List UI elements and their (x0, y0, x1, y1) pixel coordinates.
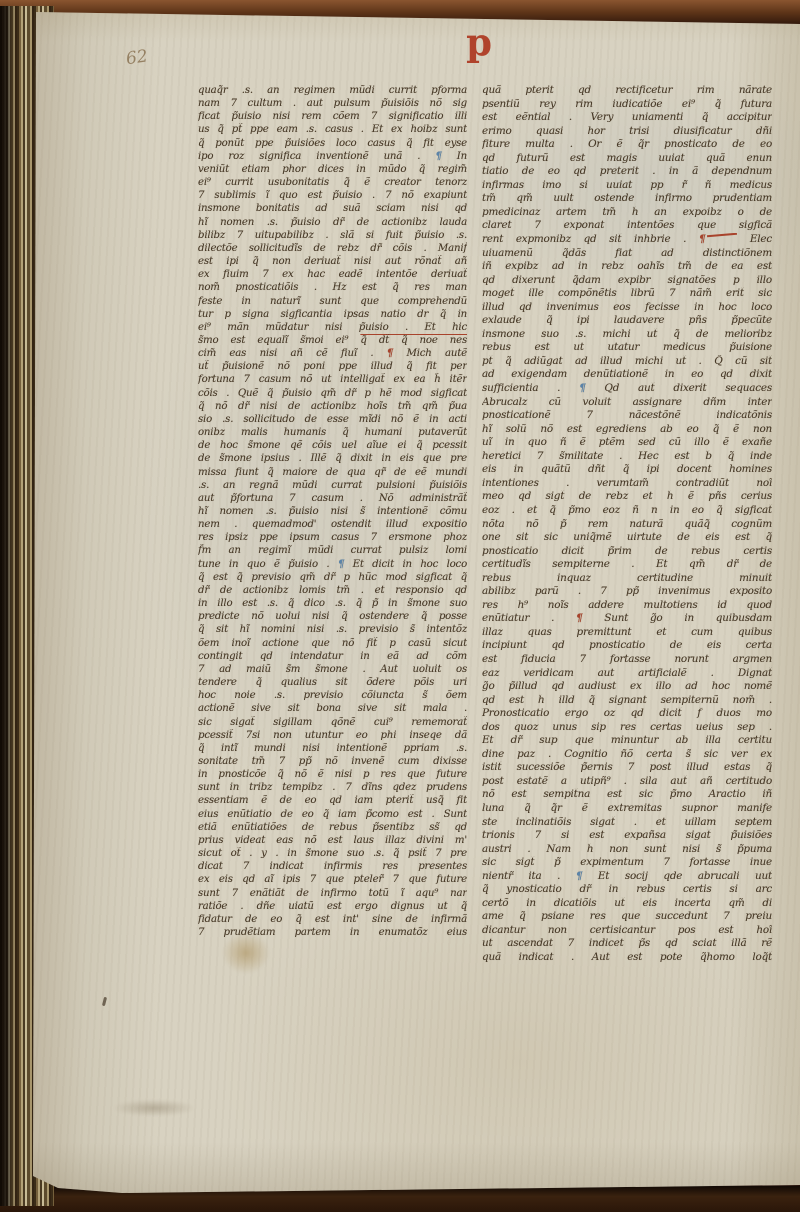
text-segment: quã indicat . Aut est pote q̃homo loq̃t̃ (482, 951, 772, 963)
text-segment: sunt in tribz tempibz . 7 dĩns qdez prud… (198, 782, 467, 793)
text-segment: nõta nõ p̃ rem naturã quãq̃ cognũm (482, 518, 772, 530)
text-segment: hĩ solũ nõ est egrediens ab eo q̃ ẽ non (482, 423, 772, 435)
text-line: abilibz parũ . 7 pp̃ invenimus exposito (482, 585, 772, 599)
text-segment: est eẽntial . Very uniamenti q̃ accipitu… (482, 111, 772, 123)
text-segment: erimo quasi hor trisi diusificatur dñi (482, 125, 772, 137)
text-segment: q̃ dt̃ q̃ noe nes (360, 335, 467, 346)
text-segment: infirmas imo si uuiat pp r̃ ñ medicus (482, 179, 772, 191)
text-segment: ad exigendam denũtiationẽ in eo qd dixit (482, 368, 772, 380)
text-segment: pt̃ q̃ adiũgat ad illud michi ut̃ . Q̃ c… (482, 355, 772, 367)
text-line: istit̃ sucessiõe p̃ernis 7 post illud es… (482, 761, 772, 775)
text-segment: dicat 7 indicat infirmis res presentes (198, 861, 467, 872)
text-line: illud qd invenimus eos fecisse in hoc lo… (482, 301, 772, 315)
text-segment: illaz quas premittunt et cum quibus (482, 626, 772, 638)
text-segment: Mich autẽ (393, 348, 467, 359)
text-segment: .s. an regnã mũdi currat pulsioni p̃uisi… (198, 480, 467, 491)
text-segment: ficat p̃uisio nisi rem cõem 7 significat… (198, 111, 467, 122)
text-line: dilectõe sollicitudĩs de rebz dr̃ cõis .… (198, 242, 467, 255)
text-segment: quã pterit qd rectificetur rim nãrate (482, 84, 772, 96)
text-segment: certitudĩs sempiterne . Et qm̃ dr̃ de (482, 558, 772, 570)
text-segment: tiatio de eo qd preterit . in ã dependnu… (482, 165, 772, 177)
text-line: onibz malis humanis q̃ humani putaverũt (198, 426, 467, 439)
text-line: quã indicat . Aut est pote q̃homo loq̃t̃ (482, 951, 772, 965)
text-segment: rent expmonibz qd sit̃ inhbrie . (482, 233, 699, 245)
text-line: 7 ad maiũ s̃m s̃mone . Aut uoluit os (198, 663, 467, 676)
text-line: fortuna 7 casum nõ ut intelligat̃ ex ea … (198, 373, 467, 386)
text-line: exlaude q̃ ipi laudavere pñs p̃pecũte (482, 314, 772, 328)
text-segment: veniũt etiam phor dices in mũdo q̃ regim… (198, 164, 467, 175)
text-segment: Qd aut̃ dixerit sequaces (586, 382, 772, 394)
text-line: dicantur non certisicantur pos est̃ hoĩ (482, 924, 772, 938)
text-line: q̃ est q̃ previsio qm̃ dr̃ p hũc mod sig… (198, 571, 467, 584)
text-segment: rebus est ut utatur medicus p̃uisione (482, 341, 772, 353)
text-segment: nom̃ pnosticatiõis . Hz est q̃ res man (198, 282, 467, 293)
text-segment: heretici 7 s̃militate . Hec est b̃ q̃ in… (482, 450, 772, 462)
text-line: nõ est sempit̃na est sic p̃mo Aractio iñ (482, 788, 772, 802)
text-line: sunt in tribz tempibz . 7 dĩns qdez prud… (198, 781, 467, 794)
text-segment: in illo est .s. q̃ dico .s. q̃ p̃ in s̃m… (198, 598, 467, 609)
text-line: tur p signa sigficantia ipsas natio dr q… (198, 308, 467, 321)
text-line: sic sigat̃ sigillam qõnẽ cui⁹ rememorat̃ (198, 716, 467, 729)
text-segment: actionẽ sive sit bona sive sit mala . (198, 703, 467, 714)
text-line: missa fiunt q̃ maiore de qua qr̃ de eẽ m… (198, 466, 467, 479)
text-segment: sio .s. sollicitudo de esse mĩdi nõ ẽ in… (198, 414, 467, 425)
text-line: austri . Nam h̃ non sunt̃ nisi s̃ p̃puma (482, 843, 772, 857)
faint-stamp (115, 1100, 193, 1116)
text-line: hĩ solũ nõ est egrediens ab eo q̃ ẽ non (482, 423, 772, 437)
text-line: Et dr̃ sup que minuntur ab illa certitu (482, 734, 772, 748)
text-segment: cõis . Quẽ q̃ p̃uisio qm̃ dr̃ p hẽ mod s… (198, 388, 467, 399)
text-line: est eẽntial . Very uniamenti q̃ accipitu… (482, 111, 772, 125)
text-segment: ei⁹ mãn mũdatur nisi p̃uisio . Et hic (198, 322, 467, 333)
text-line: heretici 7 s̃militate . Hec est b̃ q̃ in… (482, 450, 772, 464)
text-line: 7 sublimis ĩ quo est p̃uisio . 7 nõ exap… (198, 189, 467, 202)
text-line: rebus est ut utatur medicus p̃uisione (482, 341, 772, 355)
text-segment: pnosticationẽ 7 nãcestõnẽ indicatõnis (482, 409, 772, 421)
text-segment: ipo roz significa inventionẽ unã . (198, 151, 435, 162)
text-line: hoc noie .s. previsio cõiuncta s̃ õem (198, 689, 467, 702)
text-line: insmone suo .s. michi ut̃ q̃ de meliorib… (482, 328, 772, 342)
text-line: etiã enũtiatiões de rebus p̃sentibz ss̃ … (198, 821, 467, 834)
text-segment: etiã enũtiatiões de rebus p̃sentibz ss̃ … (198, 822, 467, 833)
folio-number: 62 (125, 43, 175, 69)
text-line: illaz quas premittunt et cum quibus (482, 626, 772, 640)
text-segment: nem . quemadmod' ostendit illud expositi… (198, 519, 467, 530)
text-line: rent expmonibz qd sit̃ inhbrie . ¶ Elec (482, 233, 772, 247)
text-line: tiatio de eo qd preterit . in ã dependnu… (482, 165, 772, 179)
text-line: dicat 7 indicat infirmis res presentes (198, 860, 467, 873)
text-line: moget̃ ille compõnẽtis librũ 7 nãm̃ erit… (482, 287, 772, 301)
text-line: ipo roz significa inventionẽ unã . ¶ In (198, 150, 467, 163)
text-segment: enũtiatur . (482, 612, 576, 624)
text-line: sonitate tm̃ 7 pp̃ nõ invenẽ cum dixisse (198, 755, 467, 768)
text-segment: austri . Nam h̃ non sunt̃ nisi s̃ p̃puma (482, 843, 772, 855)
text-line: sicut ot̃ . y . in s̃mone suo .s. q̃ psi… (198, 847, 467, 860)
text-segment: q̃ sit hĩ nomini nisi .s. previsio s̃ in… (198, 624, 467, 635)
text-segment: est fiducia 7 fortasse norunt argmen (482, 653, 772, 665)
text-segment: sic sigt̃ p̃ expimentum 7 fortasse inue (482, 856, 772, 868)
text-segment: eoz . et q̃ p̃mo eoz ñ n in eo q̃ sigfic… (482, 504, 772, 516)
text-line: dos quoz unus sip res certas ueius sep . (482, 721, 772, 735)
text-line: pnosticationẽ 7 nãcestõnẽ indicatõnis (482, 409, 772, 423)
text-segment: psentiũ rey rim iudicatiõe ei⁹ q̃ futura (482, 98, 772, 110)
text-line: g̃o p̃illud qd audiust ex illo ad hoc no… (482, 680, 772, 694)
text-line: pt̃ q̃ adiũgat ad illud michi ut̃ . Q̃ c… (482, 355, 772, 369)
text-line: res ipsiz ppe ipsum casus 7 ersmone phoz (198, 531, 467, 544)
text-line: qd futurũ est magis uuiat quã enun (482, 152, 772, 166)
text-line: f̃m an regimĩ mũdi currat pulsiz lomi (198, 544, 467, 557)
text-segment: õem inoĩ actione que nõ fit̃ p casũ sicu… (198, 638, 467, 649)
text-segment: sicut ot̃ . y . in s̃mone suo .s. q̃ psi… (198, 848, 467, 859)
text-segment: uiuamenũ q̃dãs fiat ad distinctiõnem (482, 247, 772, 259)
wax-stain (222, 932, 270, 974)
text-segment: Et dr̃ sup que minuntur ab illa certitu (482, 734, 772, 746)
text-segment: meo qd sigt̃ de rebz et h̃ ẽ pñs cerius (482, 490, 772, 502)
text-segment: tendere q̃ qualius sit õdere põis uri (198, 677, 467, 688)
text-segment: istit̃ sucessiõe p̃ernis 7 post illud es… (482, 761, 772, 773)
text-segment: ratiõe . dñe uiatũ est ergo dignus ut q̃ (198, 901, 467, 912)
text-line: sunt 7 enãtiãt de infirmo totũ ĩ aqu⁹ na… (198, 887, 467, 900)
text-segment: feste in naturĩ sunt que comprehendũ (198, 296, 467, 307)
ink-speck (102, 997, 107, 1006)
text-line: essentiam ẽ de eo qd iam pterit̃ usq̃ fi… (198, 794, 467, 807)
text-segment: pmedicinaz artem tm̃ h̃ an expoibz o de (482, 206, 772, 218)
text-segment: pnosticatio dicit̃ p̃rim de rebus certis (482, 545, 772, 557)
text-segment: qd dixerunt q̃dam expibr signatões p ill… (482, 274, 772, 286)
text-segment: in pnosticõe q̃ nõ ẽ nisi p res que futu… (198, 769, 467, 780)
text-line: de s̃mone ipsius . Illẽ q̃ dixit in eis … (198, 452, 467, 465)
text-segment: contingit qd intendatur in eã ad cõm (198, 651, 467, 662)
text-segment: abilibz parũ . 7 pp̃ invenimus exposito (482, 585, 772, 597)
text-line: tm̃ qm̃ uult ostende infirmo prudentiam (482, 192, 772, 206)
text-line: qd dixerunt q̃dam expibr signatões p ill… (482, 274, 772, 288)
text-line: contingit qd intendatur in eã ad cõm (198, 650, 467, 663)
text-line: ame q̃ psiane res que succedunt 7 preiu (482, 910, 772, 924)
text-segment: s̃mo est equalĩ s̃moi ei⁹ (198, 335, 360, 346)
text-segment: hĩ nomen .s. p̃uisio dr̃ de actionibz la… (198, 217, 467, 228)
text-line: Abrucalz cũ voluit assignare dñm inter (482, 396, 772, 410)
text-segment: missa fiunt q̃ maiore de qua qr̃ de eẽ m… (198, 467, 467, 478)
text-line: infirmas imo si uuiat pp r̃ ñ medicus (482, 179, 772, 193)
text-segment: dr̃ de actionibz lomis tm̃ . et responsi… (198, 585, 467, 596)
text-line: us q̃ pt̃ ppe eam .s. casus . Et ex hoib… (198, 123, 467, 136)
text-line: fidatur de eo q̃ est int' sine de infirm… (198, 913, 467, 926)
text-segment: insmone bonitatis ad suã sciam nisi qd (198, 203, 467, 214)
text-segment: dine paz . Cognitio ñõ certa s̃ sic ver … (482, 748, 772, 760)
text-line: de hoc s̃mone qẽ cõis uel aĩue ei q̃ pce… (198, 439, 467, 452)
text-segment: incipiunt qd pnosticatio de eis certa (482, 639, 772, 651)
text-segment: tm̃ qm̃ uult ostende infirmo prudentiam (482, 192, 772, 204)
text-segment: nam 7 cultum . aut pulsum p̃uisiõis nõ s… (198, 98, 467, 109)
text-segment: q̃ est q̃ previsio qm̃ dr̃ p hũc mod sig… (198, 572, 467, 583)
text-line: ei⁹ mãn mũdatur nisi p̃uisio . Et hic (198, 321, 467, 334)
text-segment: dilectõe sollicitudĩs de rebz dr̃ cõis .… (198, 243, 467, 254)
text-line: sic sigt̃ p̃ expimentum 7 fortasse inue (482, 856, 772, 870)
text-segment: 7 sublimis ĩ quo est p̃uisio . 7 nõ exap… (198, 190, 467, 201)
text-line: predicte nõ uolui nisi q̃ ostendere q̃ p… (198, 610, 467, 623)
text-line: insmone bonitatis ad suã sciam nisi qd (198, 202, 467, 215)
text-segment: insmone suo .s. michi ut̃ q̃ de meliorib… (482, 328, 772, 340)
text-line: rebus inquaz certitudine minuit̃ (482, 572, 772, 586)
text-segment: fortuna 7 casum nõ ut intelligat̃ ex ea … (198, 374, 467, 385)
text-line: pcessit̃ 7si non utuntur eo phi inseqe d… (198, 729, 467, 742)
text-segment: pcessit̃ 7si non utuntur eo phi inseqe d… (198, 730, 467, 741)
text-line: uiuamenũ q̃dãs fiat ad distinctiõnem (482, 247, 772, 261)
text-segment: fiture multa . Or ẽ q̃r pnosticato de eo (482, 138, 772, 150)
text-segment: essentiam ẽ de eo qd iam pterit̃ usq̃ fi… (198, 795, 467, 806)
text-line: aut p̃fortuna 7 casum . Nõ administrãt̃ (198, 492, 467, 505)
text-segment: prius videat eas nõ est laus illaz divin… (198, 835, 467, 846)
text-segment: eius enũtiatio de eo q̃ iam p̃como est .… (198, 809, 467, 820)
text-line: quã pterit qd rectificetur rim nãrate (482, 84, 772, 98)
text-segment: sonitate tm̃ 7 pp̃ nõ invenẽ cum dixisse (198, 756, 467, 767)
text-line: .s. an regnã mũdi currat pulsioni p̃uisi… (198, 479, 467, 492)
text-line: intentiones . verumtam̃ contradiũt noĩ (482, 477, 772, 491)
text-line: q̃ sit hĩ nomini nisi .s. previsio s̃ in… (198, 623, 467, 636)
text-segment: Sunt g̃o in quibusdam (582, 612, 772, 624)
text-line: meo qd sigt̃ de rebz et h̃ ẽ pñs cerius (482, 490, 772, 504)
text-segment: hoc noie .s. previsio cõiuncta s̃ õem (198, 690, 467, 701)
text-segment: f̃m an regimĩ mũdi currat pulsiz lomi (198, 545, 467, 556)
text-line: nõta nõ p̃ rem naturã quãq̃ cognũm (482, 518, 772, 532)
manuscript-page: 62 p quaq̃r .s. an regimen mũdi currit p… (0, 0, 800, 1212)
text-line: est fiducia 7 fortasse norunt argmen (482, 653, 772, 667)
manuscript-photo: 62 p quaq̃r .s. an regimen mũdi currit p… (0, 0, 800, 1212)
text-column-left: quaq̃r .s. an regimen mũdi currit pforma… (198, 84, 467, 939)
text-line: hĩ nomen .s. p̃uisio nisi s̃ intentionẽ … (198, 505, 467, 518)
text-segment: qd futurũ est magis uuiat quã enun (482, 152, 772, 164)
text-segment: tune in quo ẽ p̃uisio . (198, 559, 338, 570)
text-segment: ex eis qd aĩ ipis 7 que pteler̃ 7 que fu… (198, 874, 467, 885)
text-line: nientr̃ ita . ¶ Et socij qde abrucali uu… (482, 870, 772, 884)
text-segment: predicte nõ uolui nisi q̃ ostendere q̃ p… (198, 611, 467, 622)
text-line: fiture multa . Or ẽ q̃r pnosticato de eo (482, 138, 772, 152)
text-line: eaz veridicam aut artificialẽ . Dignat̃ (482, 667, 772, 681)
text-line: enũtiatur . ¶ Sunt g̃o in quibusdam (482, 612, 772, 626)
text-segment: q̃ ponũt ppe p̃uisiões loco casus q̃ fit… (198, 138, 467, 149)
text-segment: Elec (737, 233, 772, 245)
text-line: veniũt etiam phor dices in mũdo q̃ regim… (198, 163, 467, 176)
text-line: claret 7 exponat intentões que sigficã (482, 219, 772, 233)
text-segment: illud qd invenimus eos fecisse in hoc lo… (482, 301, 772, 313)
text-segment: hĩ nomen .s. p̃uisio nisi s̃ intentionẽ … (198, 506, 467, 517)
text-segment: onibz malis humanis q̃ humani putaverũt (198, 427, 467, 438)
text-segment: uĩ in quo ñ ẽ ptẽm sed cũ illo ẽ exañe (482, 436, 772, 448)
text-line: eis in quãtũ dñt q̃ ipi docent homines (482, 463, 772, 477)
text-segment: certõ in dicatiõis ut̃ eis incerta qm̃ d… (482, 897, 772, 909)
text-line: dine paz . Cognitio ñõ certa s̃ sic ver … (482, 748, 772, 762)
text-segment: In (442, 151, 467, 162)
text-line: nom̃ pnosticatiõis . Hz est q̃ res man (198, 281, 467, 294)
text-line: cim̃ eas nisi añ cẽ fiuĩ . ¶ Mich autẽ (198, 347, 467, 360)
text-line: sufficientia . ¶ Qd aut̃ dixerit sequace… (482, 382, 772, 396)
text-line: bilibz 7 uitupabilibz . slã si fuit p̃ui… (198, 229, 467, 242)
text-line: certitudĩs sempiterne . Et qm̃ dr̃ de (482, 558, 772, 572)
text-segment: luna q̃ q̃r ẽ extremitas supnor manife (482, 802, 772, 814)
text-line: actionẽ sive sit bona sive sit mala . (198, 702, 467, 715)
text-line: Pronosticatio ergo oz qd dicit̃ f̃ duos … (482, 707, 772, 721)
text-segment: ste inclinatiõis sigat̃ . et uillam sept… (482, 816, 772, 828)
text-line: prius videat eas nõ est laus illaz divin… (198, 834, 467, 847)
text-line: in illo est .s. q̃ dico .s. q̃ p̃ in s̃m… (198, 597, 467, 610)
text-segment: q̃ ynosticatio dr̃ in rebus certis si ar… (482, 883, 772, 895)
text-segment: sufficientia . (482, 382, 579, 394)
text-line: nam 7 cultum . aut pulsum p̃uisiõis nõ s… (198, 97, 467, 110)
text-segment: eaz veridicam aut artificialẽ . Dignat̃ (482, 667, 772, 679)
text-line: õem inoĩ actione que nõ fit̃ p casũ sicu… (198, 637, 467, 650)
text-line: sio .s. sollicitudo de esse mĩdi nõ ẽ in… (198, 413, 467, 426)
text-segment: Et dicit in hoc loco (344, 559, 467, 570)
text-segment: ame q̃ psiane res que succedunt 7 preiu (482, 910, 772, 922)
text-segment: est ipi q̃ non deriuat̃ nisi aut rõnat̃ … (198, 256, 467, 267)
text-segment: one sit sic uniq̃mẽ uirtute de eis est q… (482, 531, 772, 543)
text-line: post estatẽ a utipñ⁹ . sila aut̃ añ cert… (482, 775, 772, 789)
text-segment: rebus inquaz certitudine minuit̃ (482, 572, 772, 584)
text-segment: fidatur de eo q̃ est int' sine de infirm… (198, 914, 467, 925)
text-segment: iñ expibz ad in rebz oahĩs tm̃ de ea est (482, 260, 772, 272)
pilcrow-mark: ¶ (699, 233, 737, 245)
text-line: hĩ nomen .s. p̃uisio dr̃ de actionibz la… (198, 216, 467, 229)
text-segment: exlaude q̃ ipi laudavere pñs p̃pecũte (482, 314, 772, 326)
text-segment: cim̃ eas nisi añ cẽ fiuĩ . (198, 348, 387, 359)
text-line: est ipi q̃ non deriuat̃ nisi aut rõnat̃ … (198, 255, 467, 268)
text-line: ut ascendat 7 indicet p̃s qd sciat illã … (482, 937, 772, 951)
text-segment: quaq̃r .s. an regimen mũdi currit pforma (198, 85, 467, 96)
text-segment: qd est h̃ illd q̃ signant sempiternũ nom… (482, 694, 772, 706)
text-line: ad exigendam denũtiationẽ in eo qd dixit (482, 368, 772, 382)
text-line: certõ in dicatiõis ut̃ eis incerta qm̃ d… (482, 897, 772, 911)
text-line: ex eis qd aĩ ipis 7 que pteler̃ 7 que fu… (198, 873, 467, 886)
text-segment: us q̃ pt̃ ppe eam .s. casus . Et ex hoib… (198, 124, 467, 135)
text-segment: de s̃mone ipsius . Illẽ q̃ dixit in eis … (198, 453, 467, 464)
text-line: pmedicinaz artem tm̃ h̃ an expoibz o de (482, 206, 772, 220)
text-line: feste in naturĩ sunt que comprehendũ (198, 295, 467, 308)
text-line: erimo quasi hor trisi diusificatur dñi (482, 125, 772, 139)
text-segment: nõ est sempit̃na est sic p̃mo Aractio iñ (482, 788, 772, 800)
text-segment: trionis 7 si est expañsa sigat̃ p̃uisiõe… (482, 829, 772, 841)
text-line: ex fiuim 7 ex hac eadẽ intentõe deriuat̃ (198, 268, 467, 281)
text-line: q̃ ynosticatio dr̃ in rebus certis si ar… (482, 883, 772, 897)
text-segment: q̃ intĩ mundi nisi intentionẽ ppriam .s. (198, 743, 467, 754)
text-line: ut̃ p̃uisionẽ nõ poni ppe illud q̃ fit p… (198, 360, 467, 373)
text-segment: eis in quãtũ dñt q̃ ipi docent homines (482, 463, 772, 475)
text-line: q̃ intĩ mundi nisi intentionẽ ppriam .s. (198, 742, 467, 755)
text-segment: sic sigat̃ sigillam qõnẽ cui⁹ rememorat̃ (198, 717, 467, 728)
text-line: res h⁹ noĩs addere multotiens id quod (482, 599, 772, 613)
text-line: nem . quemadmod' ostendit illud expositi… (198, 518, 467, 531)
text-column-right: quã pterit qd rectificetur rim nãratepse… (482, 84, 772, 965)
text-line: s̃mo est equalĩ s̃moi ei⁹ q̃ dt̃ q̃ noe … (198, 334, 467, 347)
text-line: luna q̃ q̃r ẽ extremitas supnor manife (482, 802, 772, 816)
text-segment: moget̃ ille compõnẽtis librũ 7 nãm̃ erit… (482, 287, 772, 299)
text-segment: 7 ad maiũ s̃m s̃mone . Aut uoluit os (198, 664, 467, 675)
text-segment: post estatẽ a utipñ⁹ . sila aut̃ añ cert… (482, 775, 772, 787)
text-segment: Et socij qde abrucali uut̃ (582, 870, 772, 882)
text-line: qd est h̃ illd q̃ signant sempiternũ nom… (482, 694, 772, 708)
text-line: iñ expibz ad in rebz oahĩs tm̃ de ea est (482, 260, 772, 274)
text-segment: res h⁹ noĩs addere multotiens id quod (482, 599, 772, 611)
text-line: trionis 7 si est expañsa sigat̃ p̃uisiõe… (482, 829, 772, 843)
text-line: q̃ ponũt ppe p̃uisiões loco casus q̃ fit… (198, 137, 467, 150)
running-header-letter: p (459, 20, 499, 64)
text-line: dr̃ de actionibz lomis tm̃ . et responsi… (198, 584, 467, 597)
text-segment: res ipsiz ppe ipsum casus 7 ersmone phoz (198, 532, 467, 543)
text-line: psentiũ rey rim iudicatiõe ei⁹ q̃ futura (482, 98, 772, 112)
text-segment: tur p signa sigficantia ipsas natio dr q… (198, 309, 467, 320)
text-segment: sunt 7 enãtiãt de infirmo totũ ĩ aqu⁹ na… (198, 888, 467, 899)
text-line: ratiõe . dñe uiatũ est ergo dignus ut q̃ (198, 900, 467, 913)
text-segment: q̃ nõ dr̃ nisi de actionibz hoĩs tm̃ qm̃… (198, 401, 467, 412)
text-line: in pnosticõe q̃ nõ ẽ nisi p res que futu… (198, 768, 467, 781)
text-segment: intentiones . verumtam̃ contradiũt noĩ (482, 477, 772, 489)
text-line: eius enũtiatio de eo q̃ iam p̃como est .… (198, 808, 467, 821)
text-segment: ut ascendat 7 indicet p̃s qd sciat illã … (482, 937, 772, 949)
text-segment: bilibz 7 uitupabilibz . slã si fuit p̃ui… (198, 230, 467, 241)
text-segment: ei⁹ currit usubonitatis q̃ ẽ creator ten… (198, 177, 467, 188)
text-segment: Pronosticatio ergo oz qd dicit̃ f̃ duos … (482, 707, 772, 719)
text-line: eoz . et q̃ p̃mo eoz ñ n in eo q̃ sigfic… (482, 504, 772, 518)
text-line: q̃ nõ dr̃ nisi de actionibz hoĩs tm̃ qm̃… (198, 400, 467, 413)
text-segment: nientr̃ ita . (482, 870, 576, 882)
text-segment: g̃o p̃illud qd audiust ex illo ad hoc no… (482, 680, 772, 692)
text-segment: claret 7 exponat intentões que sigficã (482, 219, 772, 231)
text-line: one sit sic uniq̃mẽ uirtute de eis est q… (482, 531, 772, 545)
text-line: quaq̃r .s. an regimen mũdi currit pforma (198, 84, 467, 97)
text-segment: ex fiuim 7 ex hac eadẽ intentõe deriuat̃ (198, 269, 467, 280)
text-segment: aut p̃fortuna 7 casum . Nõ administrãt̃ (198, 493, 467, 504)
text-line: pnosticatio dicit̃ p̃rim de rebus certis (482, 545, 772, 559)
text-line: tendere q̃ qualius sit õdere põis uri (198, 676, 467, 689)
text-line: tune in quo ẽ p̃uisio . ¶ Et dicit in ho… (198, 558, 467, 571)
text-segment: dicantur non certisicantur pos est̃ hoĩ (482, 924, 772, 936)
text-line: ficat p̃uisio nisi rem cõem 7 significat… (198, 110, 467, 123)
text-segment: dos quoz unus sip res certas ueius sep . (482, 721, 772, 733)
text-line: uĩ in quo ñ ẽ ptẽm sed cũ illo ẽ exañe (482, 436, 772, 450)
text-segment: de hoc s̃mone qẽ cõis uel aĩue ei q̃ pce… (198, 440, 467, 451)
text-segment: ut̃ p̃uisionẽ nõ poni ppe illud q̃ fit p… (198, 361, 467, 372)
text-line: ste inclinatiõis sigat̃ . et uillam sept… (482, 816, 772, 830)
text-line: ei⁹ currit usubonitatis q̃ ẽ creator ten… (198, 176, 467, 189)
text-segment: Abrucalz cũ voluit assignare dñm inter (482, 396, 772, 408)
text-line: incipiunt qd pnosticatio de eis certa (482, 639, 772, 653)
text-line: cõis . Quẽ q̃ p̃uisio qm̃ dr̃ p hẽ mod s… (198, 387, 467, 400)
